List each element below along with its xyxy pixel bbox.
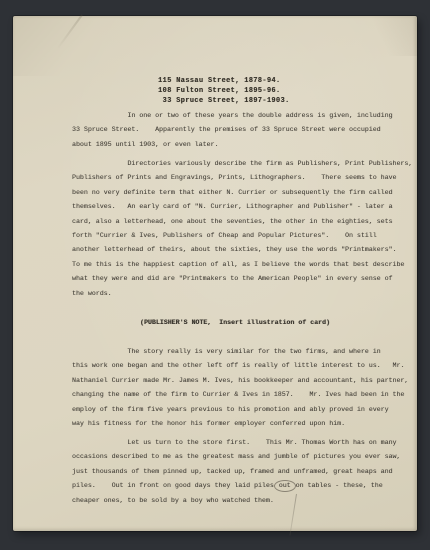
page-corner-shade	[357, 16, 417, 56]
typed-line: changing the name of the firm to Currier…	[72, 388, 408, 402]
typed-line: themselves. An early card of "N. Currier…	[72, 200, 412, 214]
typed-line: employ of the firm five years previous t…	[72, 403, 408, 417]
publishers-note: (PUBLISHER'S NOTE, Insert illustration o…	[140, 316, 330, 330]
photographed-typescript: { "colors": { "backdrop": "#2e3136", "pa…	[0, 0, 430, 550]
typed-line: The story really is very similar for the…	[72, 345, 408, 359]
address-line: 108 Fulton Street, 1895-96.	[158, 86, 290, 96]
typed-line: occasions described to me as the greates…	[72, 450, 400, 464]
address-line: 115 Nassau Street, 1878-94.	[158, 76, 290, 86]
typed-line: Directories variously describe the firm …	[72, 157, 412, 171]
typed-line: another letterhead of theirs, about the …	[72, 243, 412, 257]
typed-line: In one or two of these years the double …	[72, 109, 393, 123]
paragraph-double-address: In one or two of these years the double …	[72, 109, 393, 152]
typed-line: To me this is the happiest caption of al…	[72, 258, 412, 272]
typed-line: cheaper ones, to be sold by a boy who wa…	[72, 494, 400, 508]
typed-line: Publishers of Prints and Engravings, Pri…	[72, 171, 412, 185]
manuscript-page: 115 Nassau Street, 1878-94. 108 Fulton S…	[13, 16, 417, 531]
typed-line: 33 Spruce Street. Apparently the premise…	[72, 123, 393, 137]
typed-line: Let us turn to the store first. This Mr.…	[72, 436, 400, 450]
address-list: 115 Nassau Street, 1878-94. 108 Fulton S…	[158, 76, 290, 106]
paragraph-store: Let us turn to the store first. This Mr.…	[72, 436, 400, 508]
typed-line: about 1895 until 1903, or even later.	[72, 138, 393, 152]
typed-line: just thousands of them pinned up, tacked…	[72, 465, 400, 479]
typed-line: way his fitness for the honor his former…	[72, 417, 408, 431]
typed-line: this work one began and the other left o…	[72, 359, 408, 373]
typed-line: Nathaniel Currier made Mr. James M. Ives…	[72, 374, 408, 388]
typed-line: what they were and did are "Printmakers …	[72, 272, 412, 286]
typed-line-with-pencil-circle: piles. Out in front on good days they la…	[72, 479, 400, 493]
paragraph-directories: Directories variously describe the firm …	[72, 157, 412, 301]
address-line: 33 Spruce Street, 1897-1903.	[158, 96, 290, 106]
paragraph-two-firms: The story really is very similar for the…	[72, 345, 408, 431]
typed-line: been no very definite term that either N…	[72, 186, 412, 200]
page-crease-shade	[13, 16, 133, 76]
typed-segment: piles. Out in front on good days they la…	[72, 482, 278, 489]
typed-line: the words.	[72, 287, 412, 301]
typed-segment: on tables - these, the	[292, 482, 383, 489]
typed-line: card, also a letterhead, one about the s…	[72, 215, 412, 229]
typed-line: forth "Currier & Ives, Publishers of Che…	[72, 229, 412, 243]
